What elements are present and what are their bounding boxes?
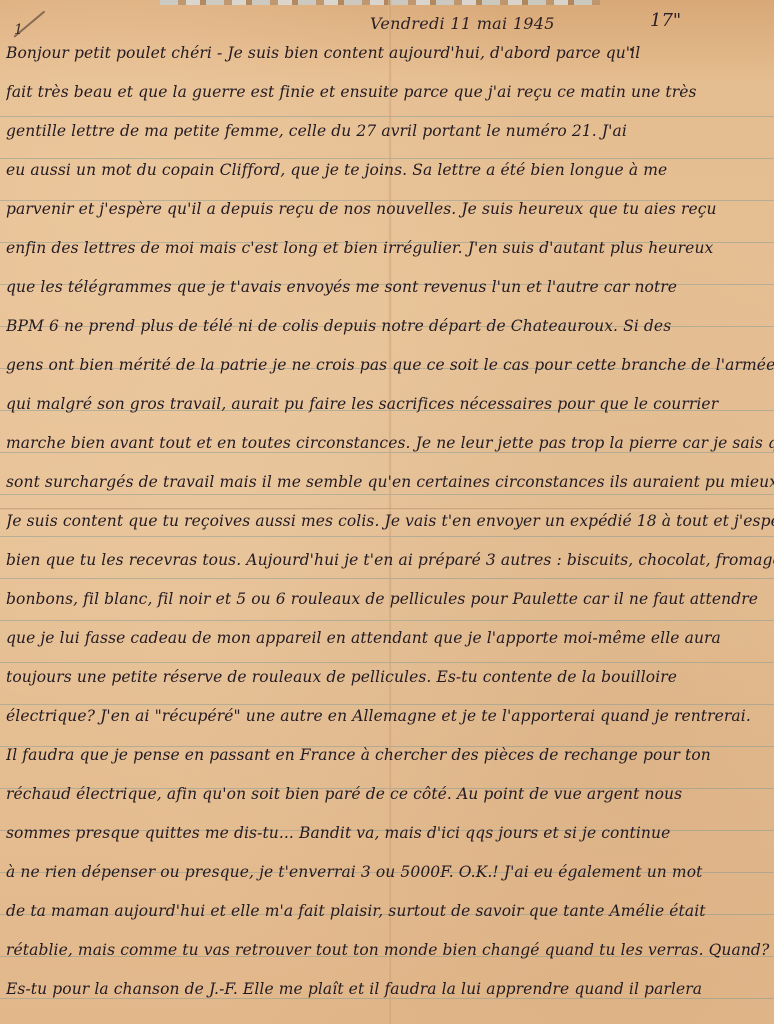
handwritten-line: Bonjour petit poulet chéri - Je suis bie… [6, 42, 774, 64]
page-number: 17" [650, 10, 681, 31]
handwritten-line: Es-tu pour la chanson de J.-F. Elle me p… [6, 978, 774, 1000]
handwritten-line: marche bien avant tout et en toutes circ… [6, 432, 774, 454]
ruled-line [0, 494, 774, 495]
handwritten-line: gentille lettre de ma petite femme, cell… [6, 120, 774, 142]
handwritten-line: eu aussi un mot du copain Clifford, que … [6, 159, 774, 181]
ruled-line [0, 620, 774, 621]
ruled-line [0, 578, 774, 579]
handwritten-line: sont surchargés de travail mais il me se… [6, 471, 774, 493]
torn-top-edge [160, 0, 600, 5]
handwritten-line: de ta maman aujourd'hui et elle m'a fait… [6, 900, 774, 922]
handwritten-line: parvenir et j'espère qu'il a depuis reçu… [6, 198, 774, 220]
handwritten-line: enfin des lettres de moi mais c'est long… [6, 237, 774, 259]
handwritten-line: gens ont bien mérité de la patrie je ne … [6, 354, 774, 376]
handwritten-line: toujours une petite réserve de rouleaux … [6, 666, 774, 688]
handwritten-line: sommes presque quittes me dis-tu... Band… [6, 822, 774, 844]
handwritten-line: BPM 6 ne prend plus de télé ni de colis … [6, 315, 774, 337]
handwritten-line: Il faudra que je pense en passant en Fra… [6, 744, 774, 766]
ruled-line [0, 116, 774, 117]
ruled-line [0, 536, 774, 537]
handwritten-line: que les télégrammes que je t'avais envoy… [6, 276, 774, 298]
handwritten-line: bien que tu les recevras tous. Aujourd'h… [6, 549, 774, 571]
handwritten-line: fait très beau et que la guerre est fini… [6, 81, 774, 103]
ruled-line [0, 662, 774, 663]
handwritten-line: que je lui fasse cadeau de mon appareil … [6, 627, 774, 649]
handwritten-line: réchaud électrique, afin qu'on soit bien… [6, 783, 774, 805]
handwritten-line: qui malgré son gros travail, aurait pu f… [6, 393, 774, 415]
handwritten-line: bonbons, fil blanc, fil noir et 5 ou 6 r… [6, 588, 774, 610]
handwritten-line: électrique? J'en ai "récupéré" une autre… [6, 705, 774, 727]
handwritten-line: à ne rien dépenser ou presque, je t'enve… [6, 861, 774, 883]
letter-date: Vendredi 11 mai 1945 [370, 14, 555, 33]
handwritten-line: Je suis content que tu reçoives aussi me… [6, 510, 774, 532]
letter-page: 1 Vendredi 11 mai 1945 17" Bonjour petit… [0, 0, 774, 1024]
handwritten-line: rétablie, mais comme tu vas retrouver to… [6, 939, 774, 961]
